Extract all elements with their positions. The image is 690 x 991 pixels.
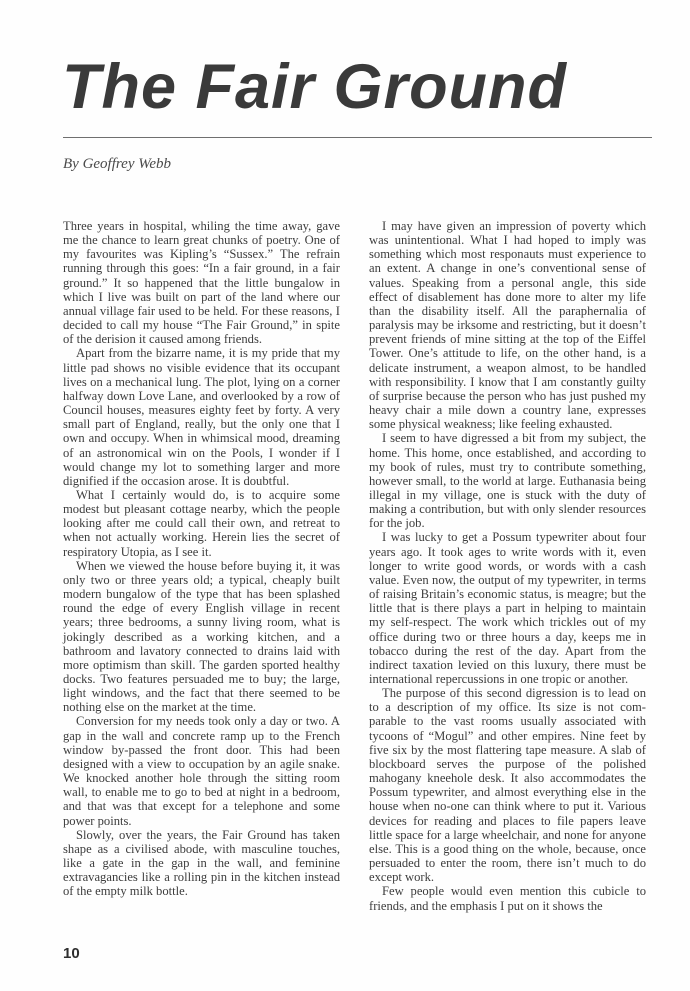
right-column: I may have given an impression of povert… xyxy=(369,219,646,913)
byline: By Geoffrey Webb xyxy=(63,156,171,173)
left-column: Three years in hospital, whiling the tim… xyxy=(63,219,340,899)
paragraph: Slowly, over the years, the Fair Ground … xyxy=(63,828,340,899)
paragraph: Few people would even mention this cubic… xyxy=(369,884,646,912)
paragraph: I seem to have digressed a bit from my s… xyxy=(369,431,646,530)
paragraph: Three years in hospital, whiling the tim… xyxy=(63,219,340,346)
paragraph: I may have given an impression of povert… xyxy=(369,219,646,431)
paragraph: What I certainly would do, is to acquire… xyxy=(63,488,340,559)
article-title: The Fair Ground xyxy=(62,52,662,122)
page-number: 10 xyxy=(63,945,80,962)
paragraph: I was lucky to get a Possum typewriter a… xyxy=(369,530,646,686)
paragraph: Apart from the bizarre name, it is my pr… xyxy=(63,346,340,488)
paragraph: When we viewed the house before buying i… xyxy=(63,559,340,715)
paragraph: The purpose of this second digression is… xyxy=(369,686,646,884)
magazine-page: The Fair Ground By Geoffrey Webb Three y… xyxy=(0,0,690,991)
paragraph: Conversion for my needs took only a day … xyxy=(63,714,340,827)
title-rule xyxy=(63,137,652,138)
